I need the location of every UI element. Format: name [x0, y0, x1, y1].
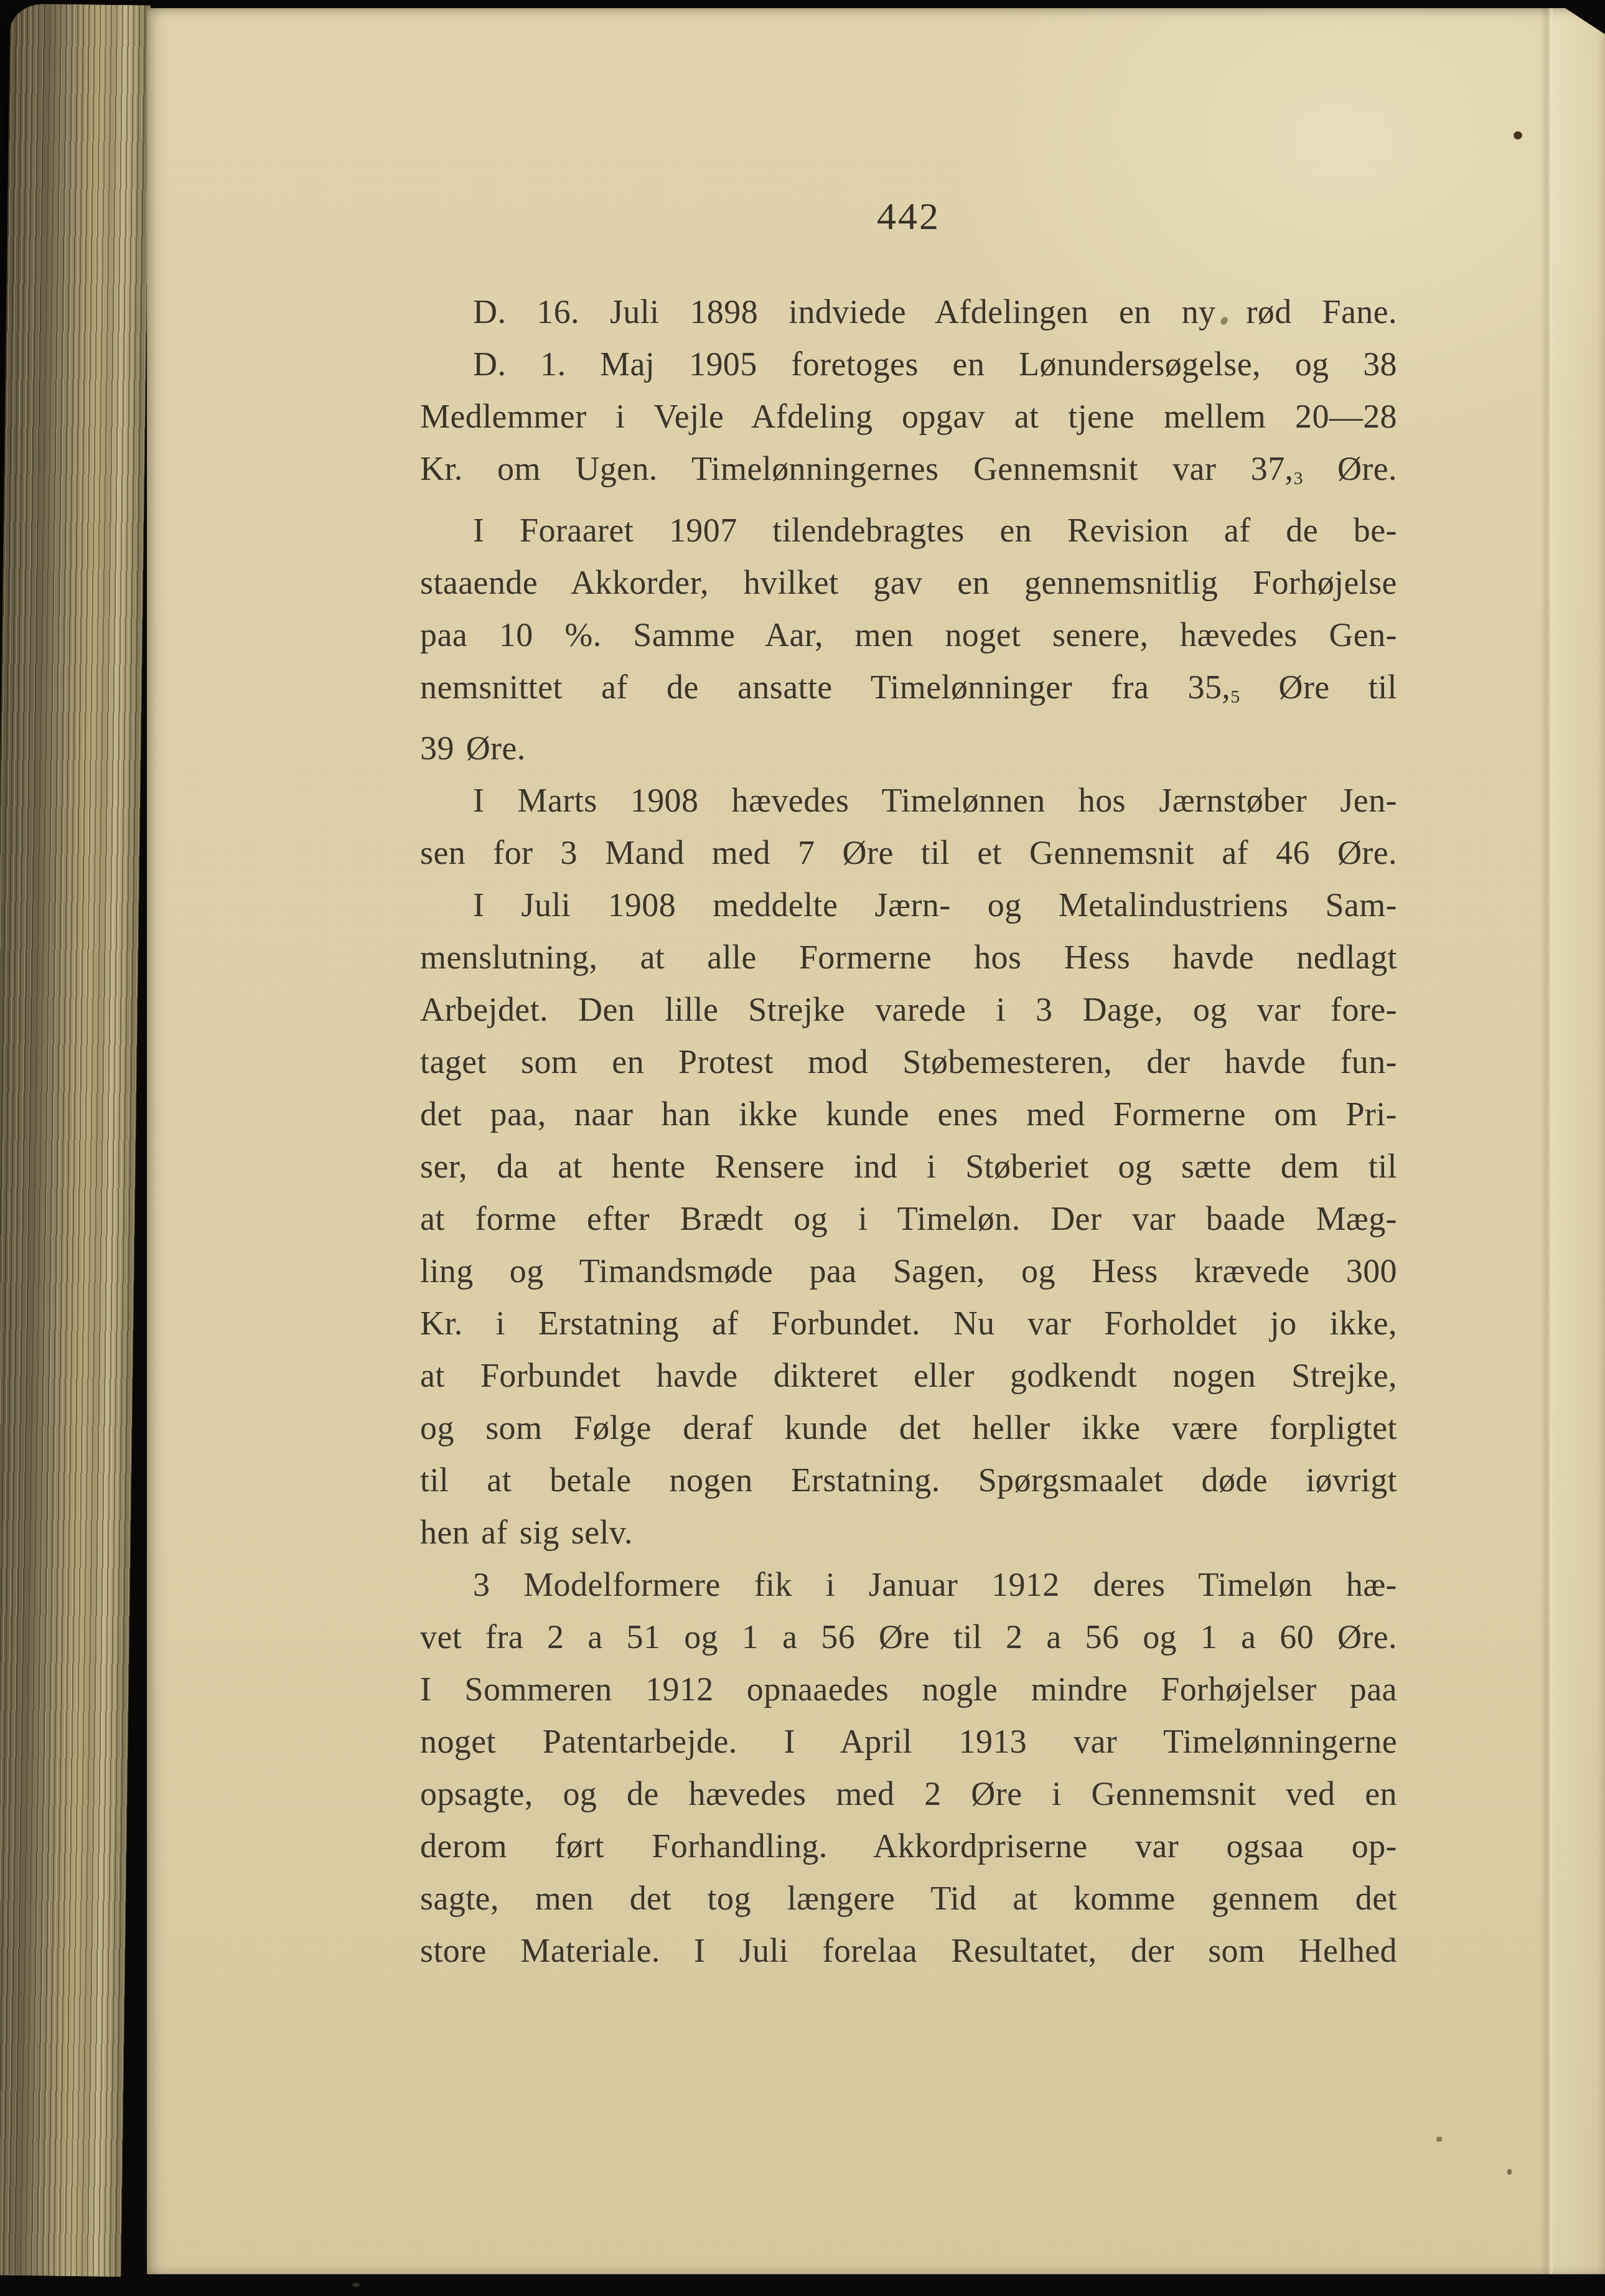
text-line: I Juli 1908 meddelte Jærn- og Metalindus… [420, 879, 1397, 931]
ink-speck [1507, 2169, 1512, 2175]
book-page: 442 D. 16. Juli 1898 indviede Afdelingen… [147, 8, 1605, 2274]
decimal-subscript: 5 [1230, 685, 1240, 706]
text-line: D. 1. Maj 1905 foretoges en Lønundersøge… [420, 338, 1397, 390]
text-line: paa 10 %. Samme Aar, men noget senere, h… [420, 609, 1397, 661]
text-line: at Forbundet havde dikteret eller godken… [420, 1349, 1397, 1402]
text-line: sagte, men det tog længere Tid at komme … [420, 1872, 1397, 1924]
text-line: 3 Modelformere fik i Januar 1912 deres T… [420, 1558, 1397, 1611]
text-line: I Marts 1908 hævedes Timelønnen hos Jærn… [420, 774, 1397, 827]
text-line: ling og Timandsmøde paa Sagen, og Hess k… [420, 1245, 1397, 1297]
text-line: taget som en Protest mod Støbemesteren, … [420, 1036, 1397, 1088]
ink-speck [1514, 131, 1522, 139]
ink-speck [352, 2283, 360, 2287]
text-line: at forme efter Brædt og i Timeløn. Der v… [420, 1193, 1397, 1245]
ink-speck [1436, 2137, 1442, 2142]
text-line: 39 Øre. [420, 722, 1397, 774]
binding-shade [1555, 8, 1605, 2274]
text-line: og som Følge deraf kunde det heller ikke… [420, 1402, 1397, 1454]
text-line: sen for 3 Mand med 7 Øre til et Gennemsn… [420, 827, 1397, 879]
text-line: I Sommeren 1912 opnaaedes nogle mindre F… [420, 1663, 1397, 1715]
page-number: 442 [420, 195, 1397, 238]
text-line: ser, da at hente Rensere ind i Støberiet… [420, 1140, 1397, 1193]
photo-backdrop: { "colors": { "paper": "#dccfa7", "ink":… [0, 0, 1605, 2296]
text-line: Medlemmer i Vejle Afdeling opgav at tjen… [420, 390, 1397, 443]
text-line: store Materiale. I Juli forelaa Resultat… [420, 1924, 1397, 1977]
gutter-crease [1540, 8, 1556, 2274]
decimal-subscript: 3 [1293, 467, 1303, 489]
paragraph: D. 16. Juli 1898 indviede Afdelingen en … [420, 286, 1397, 338]
paragraph: D. 1. Maj 1905 foretoges en Lønundersøge… [420, 338, 1397, 504]
text-line: noget Patentarbejde. I April 1913 var Ti… [420, 1715, 1397, 1768]
text-line: til at betale nogen Erstatning. Spørgsma… [420, 1454, 1397, 1506]
paragraph: I Foraaret 1907 tilendebragtes en Revisi… [420, 504, 1397, 775]
text-line: opsagte, og de hævedes med 2 Øre i Genne… [420, 1768, 1397, 1820]
text-line: Kr. i Erstatning af Forbundet. Nu var Fo… [420, 1297, 1397, 1349]
text-line: staaende Akkorder, hvilket gav en gennem… [420, 556, 1397, 609]
text-line: derom ført Forhandling. Akkordpriserne v… [420, 1820, 1397, 1872]
text-line: menslutning, at alle Formerne hos Hess h… [420, 931, 1397, 983]
paragraph: I Marts 1908 hævedes Timelønnen hos Jærn… [420, 774, 1397, 879]
page-corner-shadow [1565, 8, 1605, 34]
text-line: vet fra 2 a 51 og 1 a 56 Øre til 2 a 56 … [420, 1611, 1397, 1663]
text-line: Kr. om Ugen. Timelønningernes Gennemsnit… [420, 443, 1397, 504]
text-line: D. 16. Juli 1898 indviede Afdelingen en … [420, 286, 1397, 338]
text-line: I Foraaret 1907 tilendebragtes en Revisi… [420, 504, 1397, 556]
text-line: det paa, naar han ikke kunde enes med Fo… [420, 1088, 1397, 1140]
book-page-edges [0, 4, 151, 2277]
text-line: nemsnittet af de ansatte Timelønninger f… [420, 661, 1397, 723]
text-line: Arbejdet. Den lille Strejke varede i 3 D… [420, 983, 1397, 1036]
paragraph: 3 Modelformere fik i Januar 1912 deres T… [420, 1558, 1397, 1977]
page-text: D. 16. Juli 1898 indviede Afdelingen en … [420, 286, 1397, 1977]
text-line: hen af sig selv. [420, 1506, 1397, 1558]
paragraph: I Juli 1908 meddelte Jærn- og Metalindus… [420, 879, 1397, 1558]
